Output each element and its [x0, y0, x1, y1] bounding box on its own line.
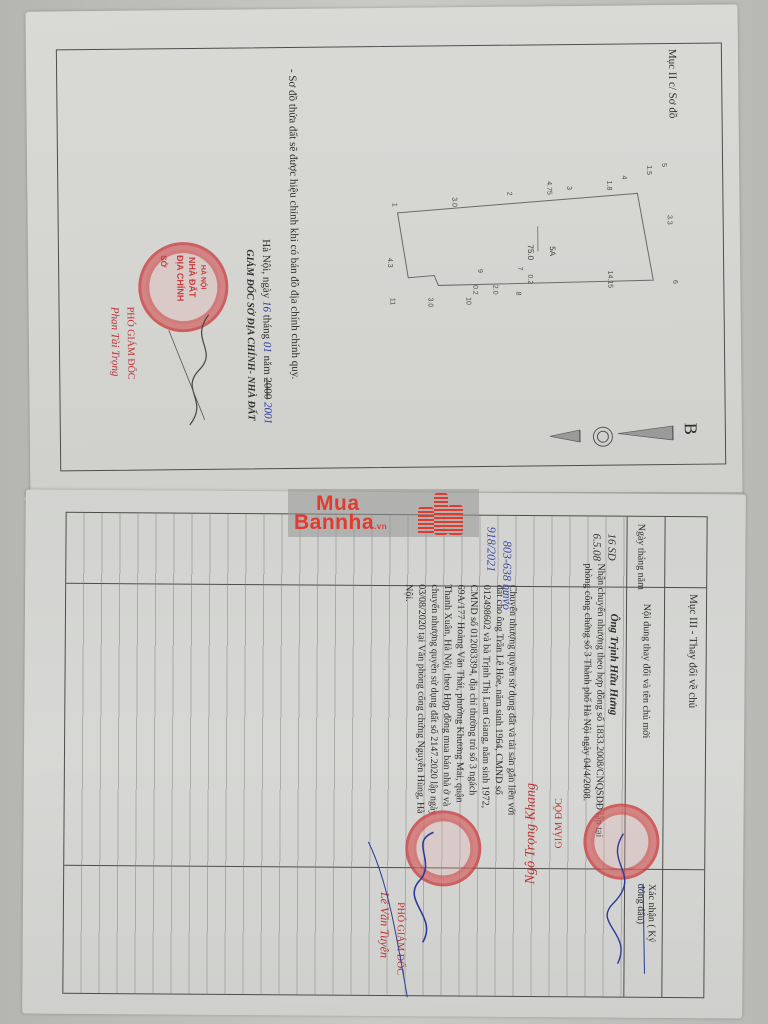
svg-text:1.8: 1.8 — [605, 181, 612, 191]
section-title: Mục II c/ Sơ đồ — [666, 49, 679, 118]
authority-title: GIÁM ĐỐC SỞ ĐỊA CHÍNH- NHÀ ĐẤT — [244, 249, 257, 420]
handwritten-year: 2001 — [262, 402, 274, 424]
entry1-date-line2: 6.5.08 — [590, 533, 602, 561]
handwritten-day: 16 — [260, 301, 272, 312]
entry2-handwritten-ref-2: 918/2021 — [483, 527, 498, 572]
parcel-id: 5A — [548, 246, 557, 257]
svg-text:6: 6 — [671, 280, 678, 284]
col-header-date: Ngày tháng năm — [635, 524, 646, 590]
svg-text:4.3: 4.3 — [386, 258, 393, 268]
signature-title-1: GIÁM ĐỐC — [553, 798, 564, 848]
svg-text:1.5: 1.5 — [645, 165, 652, 175]
handwritten-month: 01 — [261, 342, 273, 353]
compass-rose-icon — [593, 427, 613, 447]
svg-text:2.0: 2.0 — [491, 285, 498, 295]
page-section-iii: Mục III - Thay đổi về chủ Ngày tháng năm… — [22, 489, 746, 1018]
svg-text:2: 2 — [505, 192, 512, 196]
signature-name-1: Ngô Trọng Khang — [523, 783, 540, 884]
svg-text:0.2: 0.2 — [526, 274, 533, 284]
svg-text:9: 9 — [476, 269, 483, 273]
svg-text:8: 8 — [514, 292, 521, 296]
section-title: Mục III - Thay đổi về chủ — [686, 594, 699, 708]
parcel-area: 75.0 — [526, 244, 535, 260]
signer-name: Phan Tài Trọng — [109, 307, 122, 377]
svg-text:11: 11 — [388, 298, 395, 305]
svg-text:7: 7 — [516, 267, 523, 271]
watermark-banner: Mua Bannha.vn — [288, 489, 479, 537]
svg-text:14.15: 14.15 — [606, 271, 613, 289]
svg-text:3.0: 3.0 — [450, 197, 457, 207]
svg-text:0.2: 0.2 — [471, 285, 478, 295]
parcel-diagram: 5A 75.0 5 4 3 2 1 6 7 8 9 10 11 1.5 3.3 … — [367, 155, 689, 308]
svg-text:3: 3 — [565, 186, 572, 190]
north-arrow-icon — [618, 423, 688, 444]
pen-signature-1 — [582, 823, 653, 973]
svg-text:10: 10 — [464, 297, 471, 305]
south-arrow-icon — [550, 428, 590, 444]
deputy-title: PHÓ GIÁM ĐỐC — [125, 307, 137, 380]
col-header-content: Nội dung thay đổi và tên chủ mới — [640, 604, 652, 739]
svg-text:4.75: 4.75 — [545, 181, 552, 195]
watermark-line2: Bannha — [294, 511, 374, 534]
entry1-new-owner: Ông Trịnh Hữu Hưng — [607, 614, 620, 716]
svg-text:5: 5 — [660, 163, 667, 167]
page-section-ii: Mục II c/ Sơ đồ - Sơ đồ thửa đất sẽ được… — [25, 4, 742, 503]
pen-signature-2 — [347, 822, 458, 1003]
svg-text:3.0: 3.0 — [426, 297, 433, 307]
svg-text:1: 1 — [390, 203, 397, 207]
watermark-suffix: .vn — [374, 522, 387, 531]
entry1-date-line1: 16 SD — [605, 534, 617, 561]
svg-text:3.3: 3.3 — [666, 215, 673, 225]
signature-top — [149, 310, 230, 431]
svg-text:4: 4 — [620, 175, 627, 179]
